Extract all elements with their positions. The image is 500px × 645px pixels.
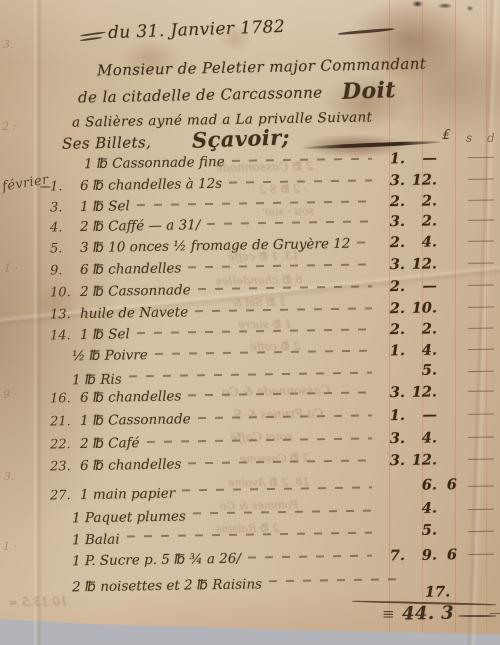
amount-sous: — [405,277,437,295]
amount-livres [377,362,405,379]
day-number: 13. [50,307,80,322]
item-desc: 1 ℔ Sel [80,326,135,343]
item-desc: 1 Paquet plumes [72,508,191,526]
bleedthrough-mark: 1 · [3,540,17,553]
amount-sous: 6. [405,476,437,494]
amount-deniers [437,233,457,250]
amount-sous: — [405,150,437,168]
ledger-rule-tail [468,509,494,511]
amount-deniers [437,255,457,272]
day-number: 27. [50,488,80,503]
ledger-rule-tail [468,371,494,373]
item-desc: 6 ℔ chandelles [80,388,187,406]
total-amount: 44. 3 [402,603,454,625]
amount-livres: 2. [377,234,405,251]
amount-deniers [437,521,457,538]
amount-livres: 3. [377,256,405,273]
amount-sous: 12. [405,171,437,189]
item-desc: 1 ℔ Ris [72,371,127,388]
amount-deniers [437,451,457,468]
item-desc: ½ ℔ Poivre [72,347,153,364]
amount-sous: 12. [405,451,437,469]
dash-leader [137,201,372,206]
bleedthrough-text: Cassonnade & Co [222,383,330,399]
item-desc: 2 ℔ Caffé — a 31/ [80,217,206,235]
amount-livres: 2. [377,321,405,338]
amount-deniers [437,499,457,516]
day-number: 21. [50,414,80,429]
col-header-livres: ₤ [442,128,451,143]
ledger-rule-tail [468,327,494,329]
ledger-rule-tail [468,554,494,556]
amount-sous: 2. [405,212,437,230]
amount-livres: 2. [377,193,405,210]
bleedthrough-mark: 2 : [2,120,16,133]
amount-livres: 1. [377,150,405,167]
bleedthrough-text: 2 ℔ Cassone [240,451,310,465]
day-number: 10. [50,285,80,300]
bleedthrough-text: 18. 2 ℔ Avoine [228,475,310,489]
bleedthrough-text: 1 ℔ sucre [238,318,292,332]
amount-deniers [437,171,457,188]
amount-livres: 3. [377,452,405,469]
amount-deniers [437,192,457,209]
item-desc: 1 ℔ Cassonnade fine [84,154,230,172]
bleedthrough-mark: 3. [3,38,14,51]
amount-sous: 12. [405,383,437,401]
amount-deniers [437,149,457,166]
ledger-rule-tail [468,458,494,460]
amount-sous: 2. [405,192,437,210]
item-desc: 6 ℔ chandelles [80,456,187,474]
day-number: 5. [50,241,80,256]
amount-deniers [437,299,457,316]
bleedthrough-text: 13. 1 ℔ caffé [228,249,299,263]
amount-livres: 1. [377,342,405,359]
ledger-rule-tail [468,199,494,201]
item-desc: huile de Navete [80,304,193,322]
day-number: 14. [50,328,80,343]
amount-livres: 2. [377,300,405,317]
amount-deniers: 6 [437,546,457,563]
amount-sous: 5. [405,362,437,380]
item-desc: 1 ℔ Sel [80,198,135,215]
amount-sous: 4. [405,500,437,518]
amount-sous: 4. [405,342,437,360]
item-desc: 2 ℔ Café [80,435,145,452]
ledger-rule-tail [468,178,494,180]
bleedthrough-text: 2 ℔ caffé [250,340,300,354]
amount-sous: 5. [405,522,437,540]
ledger-rule-tail [468,531,494,533]
doit-word: Doit [342,77,397,105]
dash-leader [188,264,372,268]
day-number: 3. [50,200,80,215]
dash-leader [248,555,372,558]
amount-sous: 9. [405,547,437,565]
amount-livres [390,584,418,601]
ledger-rule-tail [468,219,494,221]
amount-deniers [437,320,457,337]
day-number: 4. [50,220,80,235]
bleedthrough-text: sous Caffé [230,429,293,444]
bleedthrough-text: 6 ℔ chandelles [216,272,303,288]
day-number: 22. [50,437,80,452]
ledger-rule-tail [468,436,494,438]
dash-leader [207,221,372,225]
ledger-rule-tail [468,349,494,351]
item-desc: 2 ℔ Cassonnade [80,282,196,300]
item-desc: 6 ℔ chandelles [80,260,187,278]
amount-deniers [437,383,457,400]
amount-sous: 2. [405,320,437,338]
amount-livres: 3. [377,430,405,447]
day-number: 1. [50,179,80,194]
ledger-rule-tail [468,262,494,264]
amount-livres: 3. [377,213,405,230]
col-header-sous: s [466,131,473,145]
amount-livres [377,522,405,539]
dash-leader [129,372,372,377]
amount-sous: 10. [405,299,437,317]
amount-sous: 4. [405,429,437,447]
bleedthrough-text: 2 ℔ Raisins [216,521,280,535]
amount-livres: 1. [377,407,405,424]
ledger-rule-tail [468,284,494,286]
total-lead-mark: ≡ [382,605,395,623]
bleedthrough-mark: 1 · [4,262,18,275]
amount-deniers [437,212,457,229]
amount-deniers [437,406,457,423]
day-number: 23. [50,459,80,474]
bleedthrough-mark: 9 · [3,388,17,401]
scanned-ledger-photo: du 31. Janvier 1782 Monsieur de Peletier… [0,0,500,645]
total-trail-dash: — [489,606,500,621]
ledger-rule-tail [468,306,494,308]
amount-livres [377,477,405,494]
item-desc: 1 P. Sucre p. 5 ℔ ¾ a 26/ [72,551,246,570]
amount-sous: — [405,406,437,424]
dash-leader [269,578,401,581]
bleedthrough-text: 1 ℔ Sel & [232,296,286,310]
day-number: 9. [50,263,80,278]
ledger-rule-tail [468,413,494,415]
ledger-rule-tail [468,390,494,392]
amount-livres [377,500,405,517]
amount-deniers [437,429,457,446]
scavoir-word: Sçavoir; [192,124,291,152]
amount-sous: 4. [405,233,437,251]
item-desc: 1 Balai [72,531,125,548]
amount-livres: 3. [377,384,405,401]
item-desc: 2 ℔ noisettes et 2 ℔ Raisins [72,576,267,595]
amount-livres: 2. [377,278,405,295]
amount-deniers: 6 [437,476,457,493]
bleedthrough-text: Pommes & Co [220,498,299,512]
item-desc: 1 ℔ Cassonnade [80,411,196,429]
billets-words: Ses Billets, [62,133,152,153]
col-header-deniers: d [487,131,495,145]
amount-livres: 7. [377,547,405,564]
amount-deniers [437,341,457,358]
amount-livres: 3. [377,172,405,189]
bleedthrough-text: · 2 ℔ S 2 · [252,183,307,197]
amount-deniers [437,361,457,378]
ledger-rule-tail [468,485,494,487]
bleedthrough-text: sou · soir · [256,204,314,218]
bleedthrough-mark: 3. [4,470,15,483]
amount-deniers [450,583,470,600]
amount-sous: 17. [418,583,450,601]
item-desc: 1 main papier [80,485,180,503]
bleedthrough-text: 2 ℔ Cassonnade [215,159,314,175]
ledger-rule-tail [468,240,494,242]
ledger-rule-tail [468,157,494,159]
day-number: 16. [50,391,80,406]
bleedthrough-text: Ca Prunes & S [234,406,323,422]
amount-sous: 12. [405,255,437,273]
item-desc: 6 ℔ chandelles à 12s [80,176,227,194]
bleedthrough-text: 10.13.5 ≈ [8,594,68,609]
amount-deniers [437,277,457,294]
dash-leader [357,242,372,244]
